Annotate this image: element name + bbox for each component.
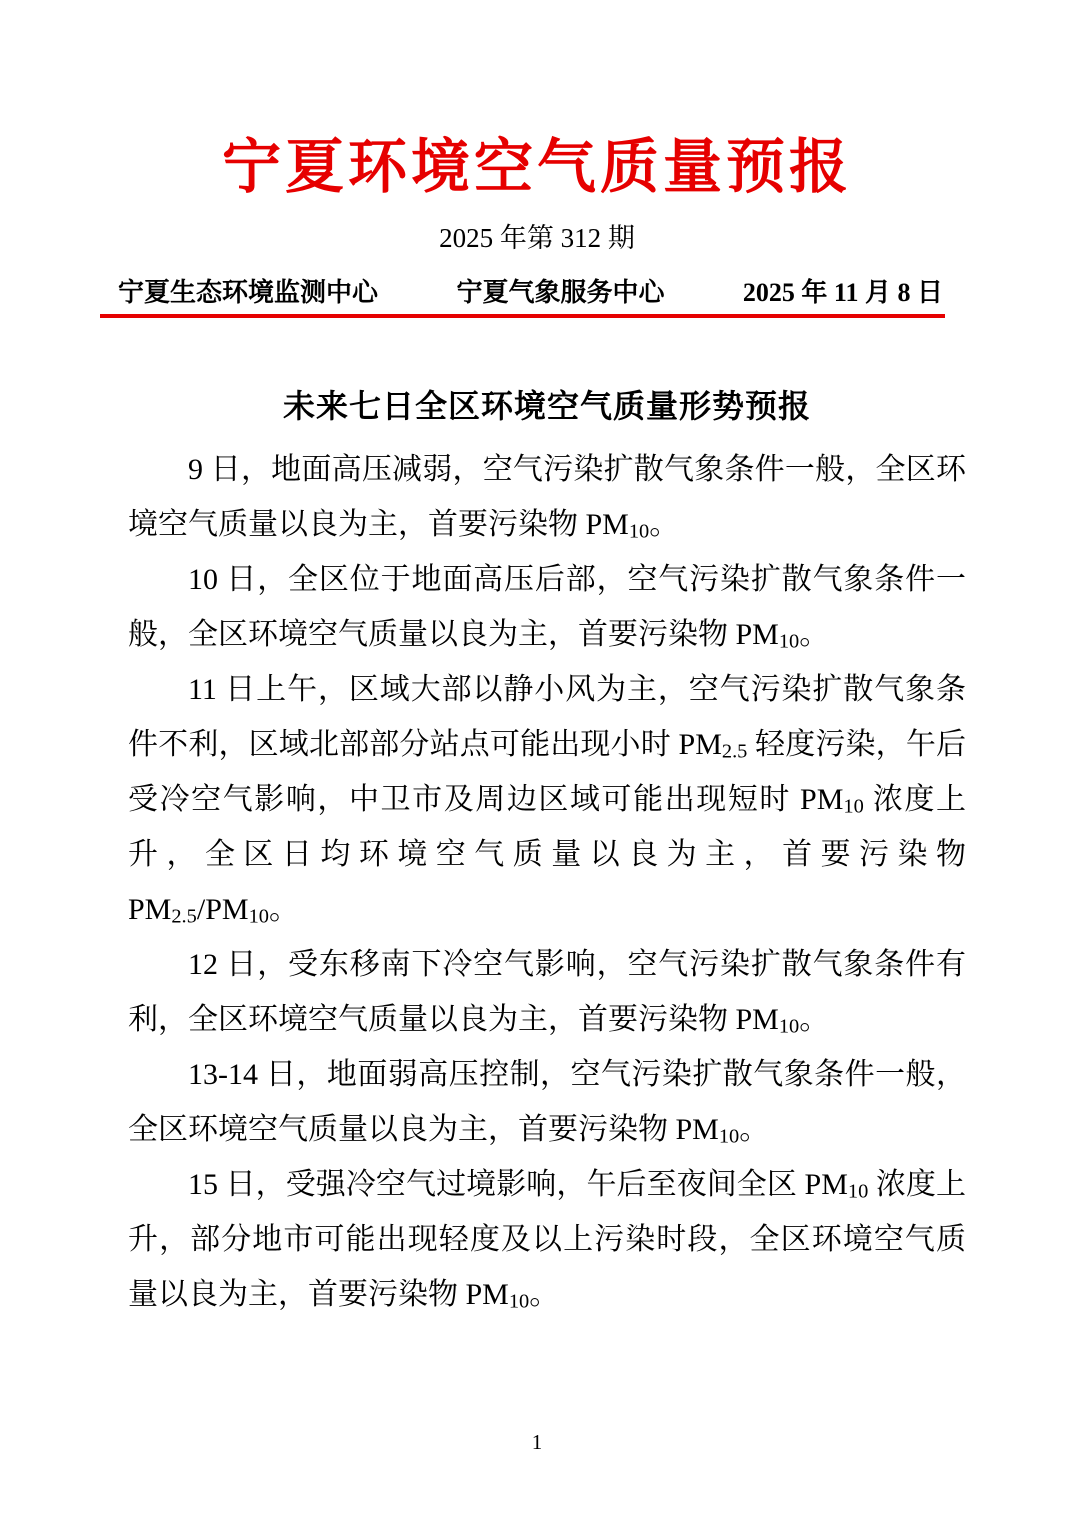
section-title: 未来七日全区环境空气质量形势预报 [128,384,966,428]
pollutant-subscript: 10 [509,1291,529,1313]
red-divider [100,314,945,318]
pollutant-subscript: 2.5 [722,741,748,763]
forecast-paragraph: 11 日上午，区域大部以静小风为主，空气污染扩散气象条件不利，区域北部部分站点可… [128,662,966,937]
document-title: 宁夏环境空气质量预报 [0,128,1074,206]
pollutant-subscript: 10 [848,1181,868,1203]
forecast-paragraph: 9 日，地面高压减弱，空气污染扩散气象条件一般，全区环境空气质量以良为主，首要污… [128,442,966,552]
pollutant-subscript: 10 [629,521,649,543]
pollutant-subscript: 10 [843,796,863,818]
org-monitoring-center: 宁夏生态环境监测中心 [118,276,378,310]
forecast-paragraphs: 9 日，地面高压减弱，空气污染扩散气象条件一般，全区环境空气质量以良为主，首要污… [128,442,966,1322]
document-header: 宁夏环境空气质量预报 2025 年第 312 期 宁夏生态环境监测中心 宁夏气象… [0,128,1074,318]
pollutant-subscript: 10 [249,906,269,928]
issue-date: 2025 年 11 月 8 日 [743,276,943,310]
issue-number: 2025 年第 312 期 [0,220,1074,256]
pollutant-subscript: 10 [719,1126,739,1148]
forecast-paragraph: 12 日，受东移南下冷空气影响，空气污染扩散气象条件有利，全区环境空气质量以良为… [128,937,966,1047]
pollutant-subscript: 10 [779,631,799,653]
document-body: 未来七日全区环境空气质量形势预报 9 日，地面高压减弱，空气污染扩散气象条件一般… [128,384,966,1322]
page-number: 1 [0,1428,1074,1456]
header-org-row: 宁夏生态环境监测中心 宁夏气象服务中心 2025 年 11 月 8 日 [118,276,943,310]
pollutant-subscript: 10 [779,1016,799,1038]
document-page: 宁夏环境空气质量预报 2025 年第 312 期 宁夏生态环境监测中心 宁夏气象… [0,0,1074,1520]
forecast-paragraph: 10 日，全区位于地面高压后部，空气污染扩散气象条件一般，全区环境空气质量以良为… [128,552,966,662]
forecast-paragraph: 15 日，受强冷空气过境影响，午后至夜间全区 PM10 浓度上升，部分地市可能出… [128,1157,966,1322]
forecast-paragraph: 13-14 日，地面弱高压控制，空气污染扩散气象条件一般，全区环境空气质量以良为… [128,1047,966,1157]
pollutant-subscript: 2.5 [171,906,197,928]
org-weather-service-center: 宁夏气象服务中心 [456,276,664,310]
